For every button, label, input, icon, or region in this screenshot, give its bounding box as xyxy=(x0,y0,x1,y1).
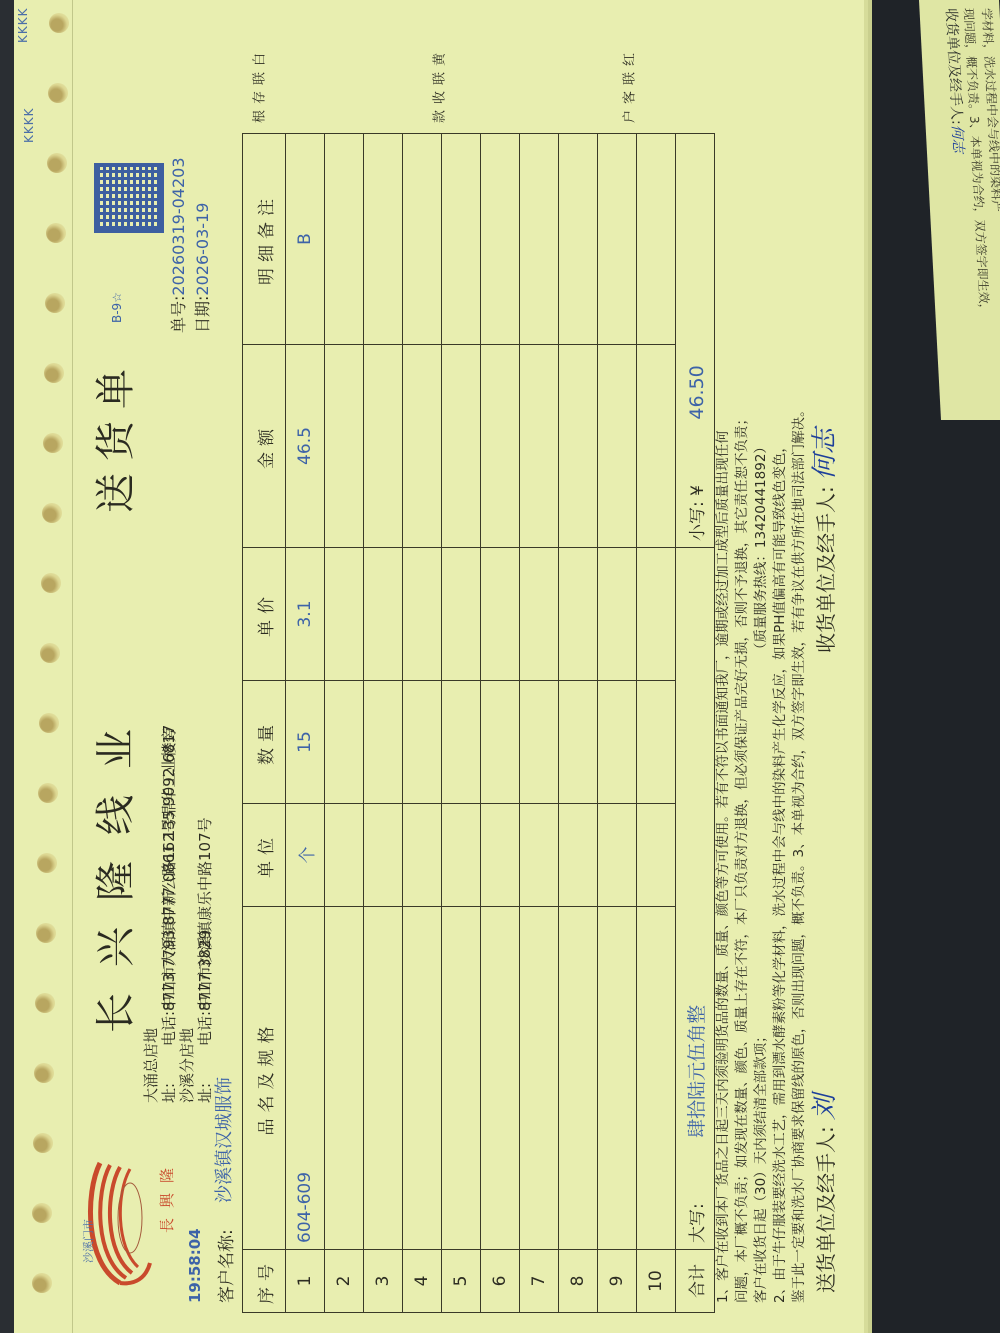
copy-label-red: 红联客户 xyxy=(622,52,637,128)
feed-hole xyxy=(32,1203,52,1223)
terms-and-conditions: 1、客户在收到本厂货品之日起三天内须验明货品的数量、质量、颜色等方可使用。若有不… xyxy=(714,43,809,1303)
table-row: 9 xyxy=(598,134,637,1313)
table-row: 10 xyxy=(637,134,676,1313)
total-row: 合计 大写: 肆拾陆元伍角整 小写: ¥ 46.50 xyxy=(676,134,715,1313)
table-row: 2 xyxy=(325,134,364,1313)
col-header-price: 单价 xyxy=(243,548,286,681)
table-row: 8 xyxy=(559,134,598,1313)
feed-hole xyxy=(49,13,69,33)
feed-hole xyxy=(32,1273,52,1293)
hq-phone: 电话:8773 7793 8777 0861 135 9092 6817 xyxy=(160,725,178,1103)
col-header-amount: 金额 xyxy=(243,345,286,548)
col-header-name: 品名及规格 xyxy=(243,907,286,1250)
table-row: 6 xyxy=(481,134,520,1313)
feed-hole xyxy=(44,363,64,383)
perforation-line xyxy=(72,0,73,1333)
receipt-form: KKKK KKKK 沙溪门市 長興隆 19:58:04 长兴隆线业 送货单 xyxy=(14,0,864,1333)
col-header-remark: 明细备注 xyxy=(243,134,286,345)
total-label: 合计 xyxy=(676,1250,715,1313)
feed-hole xyxy=(34,1063,54,1083)
quality-hotline: （质量服务热线：13420441892） xyxy=(753,440,769,649)
amount-in-figures: 46.50 xyxy=(686,365,708,419)
feed-hole xyxy=(46,223,66,243)
feed-hole xyxy=(40,643,60,663)
sender-signature-block: 送货单位及经手人:刘 xyxy=(804,1094,841,1293)
order-date: 日期:2026-03-19 xyxy=(190,203,213,333)
feed-hole xyxy=(38,783,58,803)
table-header-row: 序号 品名及规格 单位 数量 单价 金额 明细备注 xyxy=(243,134,286,1313)
form-code: B-9☆ xyxy=(110,292,124,323)
feed-hole xyxy=(48,83,68,103)
feed-hole xyxy=(47,153,67,173)
receiver-signature: 何志 xyxy=(810,428,840,480)
tractor-feed-strip: KKKK KKKK xyxy=(14,0,74,1333)
col-header-unit: 单位 xyxy=(243,804,286,907)
feed-hole xyxy=(41,573,61,593)
feed-hole xyxy=(43,433,63,453)
stamp-code: KKKK xyxy=(22,108,36,143)
feed-hole xyxy=(45,293,65,313)
table-row: 3 xyxy=(364,134,403,1313)
col-header-qty: 数量 xyxy=(243,681,286,804)
copy-label-yellow: 黄联收款 xyxy=(432,52,447,128)
document-title: 送货单 xyxy=(84,357,141,513)
table-row: 7 xyxy=(520,134,559,1313)
feed-hole xyxy=(36,923,56,943)
table-row: 4 xyxy=(403,134,442,1313)
feed-hole xyxy=(35,993,55,1013)
feed-hole xyxy=(37,853,57,873)
qr-code-icon xyxy=(94,163,164,233)
feed-hole xyxy=(39,713,59,733)
receipt-header: 沙溪门市 長興隆 19:58:04 长兴隆线业 送货单 大涌总店地址:中山市大涌… xyxy=(74,0,244,1333)
company-name: 长兴隆线业 xyxy=(84,703,141,1033)
total-in-figures: 小写: ¥ 46.50 xyxy=(676,134,715,548)
feed-hole xyxy=(33,1133,53,1153)
logo-branch-label: 沙溪门市 xyxy=(80,1219,96,1263)
order-number: 单号:20260319-04203 xyxy=(166,157,189,333)
delivery-receipt: KKKK KKKK 沙溪门市 長興隆 19:58:04 长兴隆线业 送货单 xyxy=(14,0,864,1333)
copy-label-white: 白联存根 xyxy=(252,52,267,128)
stamp-code: KKKK xyxy=(16,8,30,43)
table-row: 5 xyxy=(442,134,481,1313)
print-time: 19:58:04 xyxy=(186,1228,204,1303)
total-in-words: 大写: 肆拾陆元伍角整 xyxy=(676,548,715,1250)
customer-label: 客户名称: xyxy=(212,1229,237,1303)
customer-name: 沙溪镇汉城服饰 xyxy=(210,1077,236,1203)
receiver-signature-block: 收货单位及经手人:何志 xyxy=(804,428,841,653)
amount-in-words: 肆拾陆元伍角整 xyxy=(686,1005,708,1138)
sender-signature: 刘 xyxy=(810,1094,840,1120)
col-header-no: 序号 xyxy=(243,1250,286,1313)
items-table: 序号 品名及规格 单位 数量 单价 金额 明细备注 1 604-609 个 15… xyxy=(242,133,715,1313)
feed-hole xyxy=(42,503,62,523)
logo-name: 長興隆 xyxy=(156,1158,177,1233)
company-logo: 沙溪门市 長興隆 xyxy=(80,1153,190,1303)
adjacent-receiver-signature: 何志 xyxy=(949,125,966,153)
table-row: 1 604-609 个 15 3.1 46.5 B xyxy=(286,134,325,1313)
